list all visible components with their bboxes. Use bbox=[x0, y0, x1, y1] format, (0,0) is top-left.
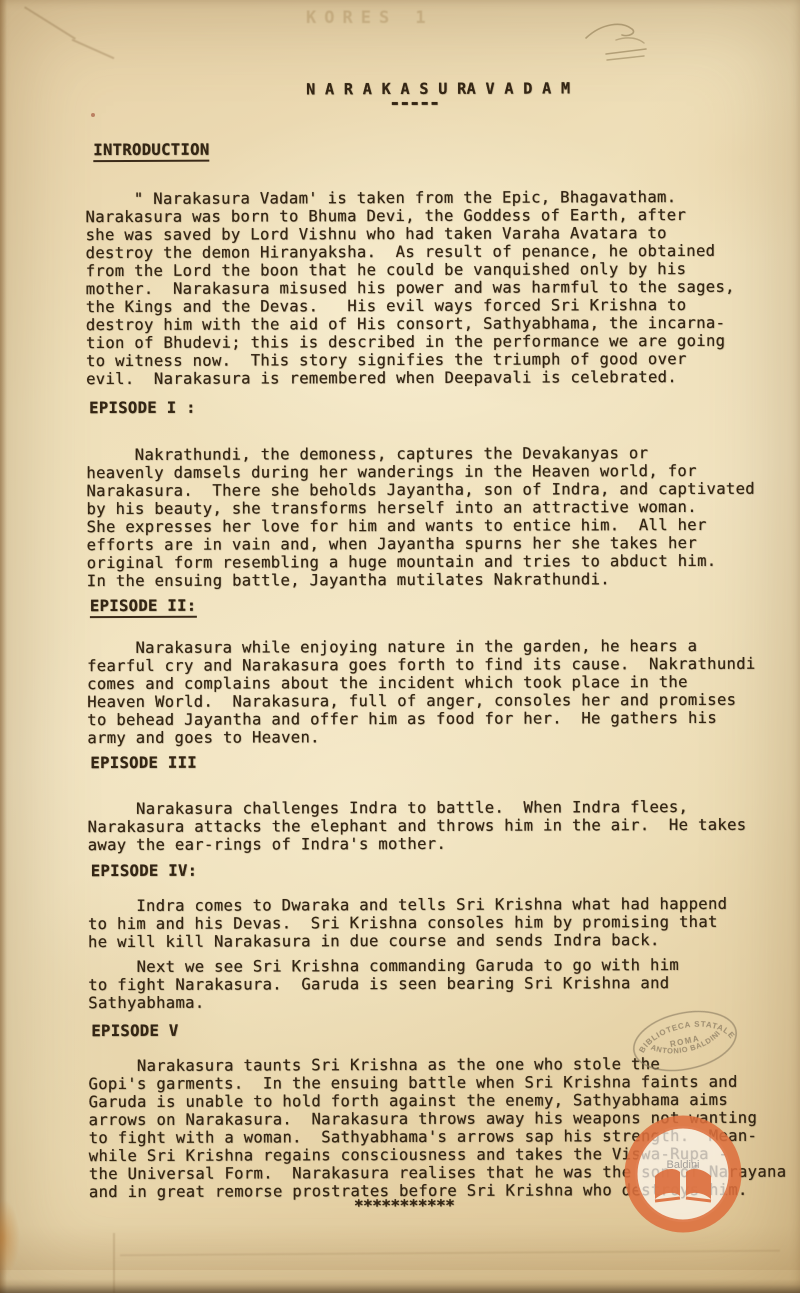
section-heading-episode-4: EPISODE IV: bbox=[91, 862, 198, 880]
episode-4-paragraph-2: Next we see Sri Krishna commanding Garud… bbox=[88, 956, 679, 1012]
typed-content: N A R A K A S U RA V A D A M ----- INTRO… bbox=[0, 0, 800, 1293]
introduction-paragraph: " Narakasura Vadam' is taken from the Ep… bbox=[85, 188, 735, 388]
footer-asterisks: *********** bbox=[354, 1196, 455, 1215]
section-heading-introduction: INTRODUCTION bbox=[93, 141, 209, 162]
title-rule: ----- bbox=[389, 92, 439, 114]
library-round-stamp: Baldini bbox=[623, 1114, 743, 1234]
episode-3-paragraph: Narakasura challenges Indra to battle. W… bbox=[88, 798, 747, 854]
section-heading-episode-1: EPISODE I : bbox=[89, 399, 196, 417]
section-heading-episode-5: EPISODE V bbox=[91, 1022, 178, 1040]
episode-4-paragraph-1: Indra comes to Dwaraka and tells Sri Kri… bbox=[88, 895, 728, 951]
episode-2-paragraph: Narakasura while enjoying nature in the … bbox=[87, 637, 756, 747]
episode-1-paragraph: Nakrathundi, the demoness, captures the … bbox=[86, 444, 755, 590]
section-heading-episode-2: EPISODE II: bbox=[90, 597, 197, 618]
section-heading-episode-3: EPISODE III bbox=[90, 754, 197, 772]
document-page: KORES 1 N A R A K A S U RA V A D A M ---… bbox=[0, 0, 800, 1293]
